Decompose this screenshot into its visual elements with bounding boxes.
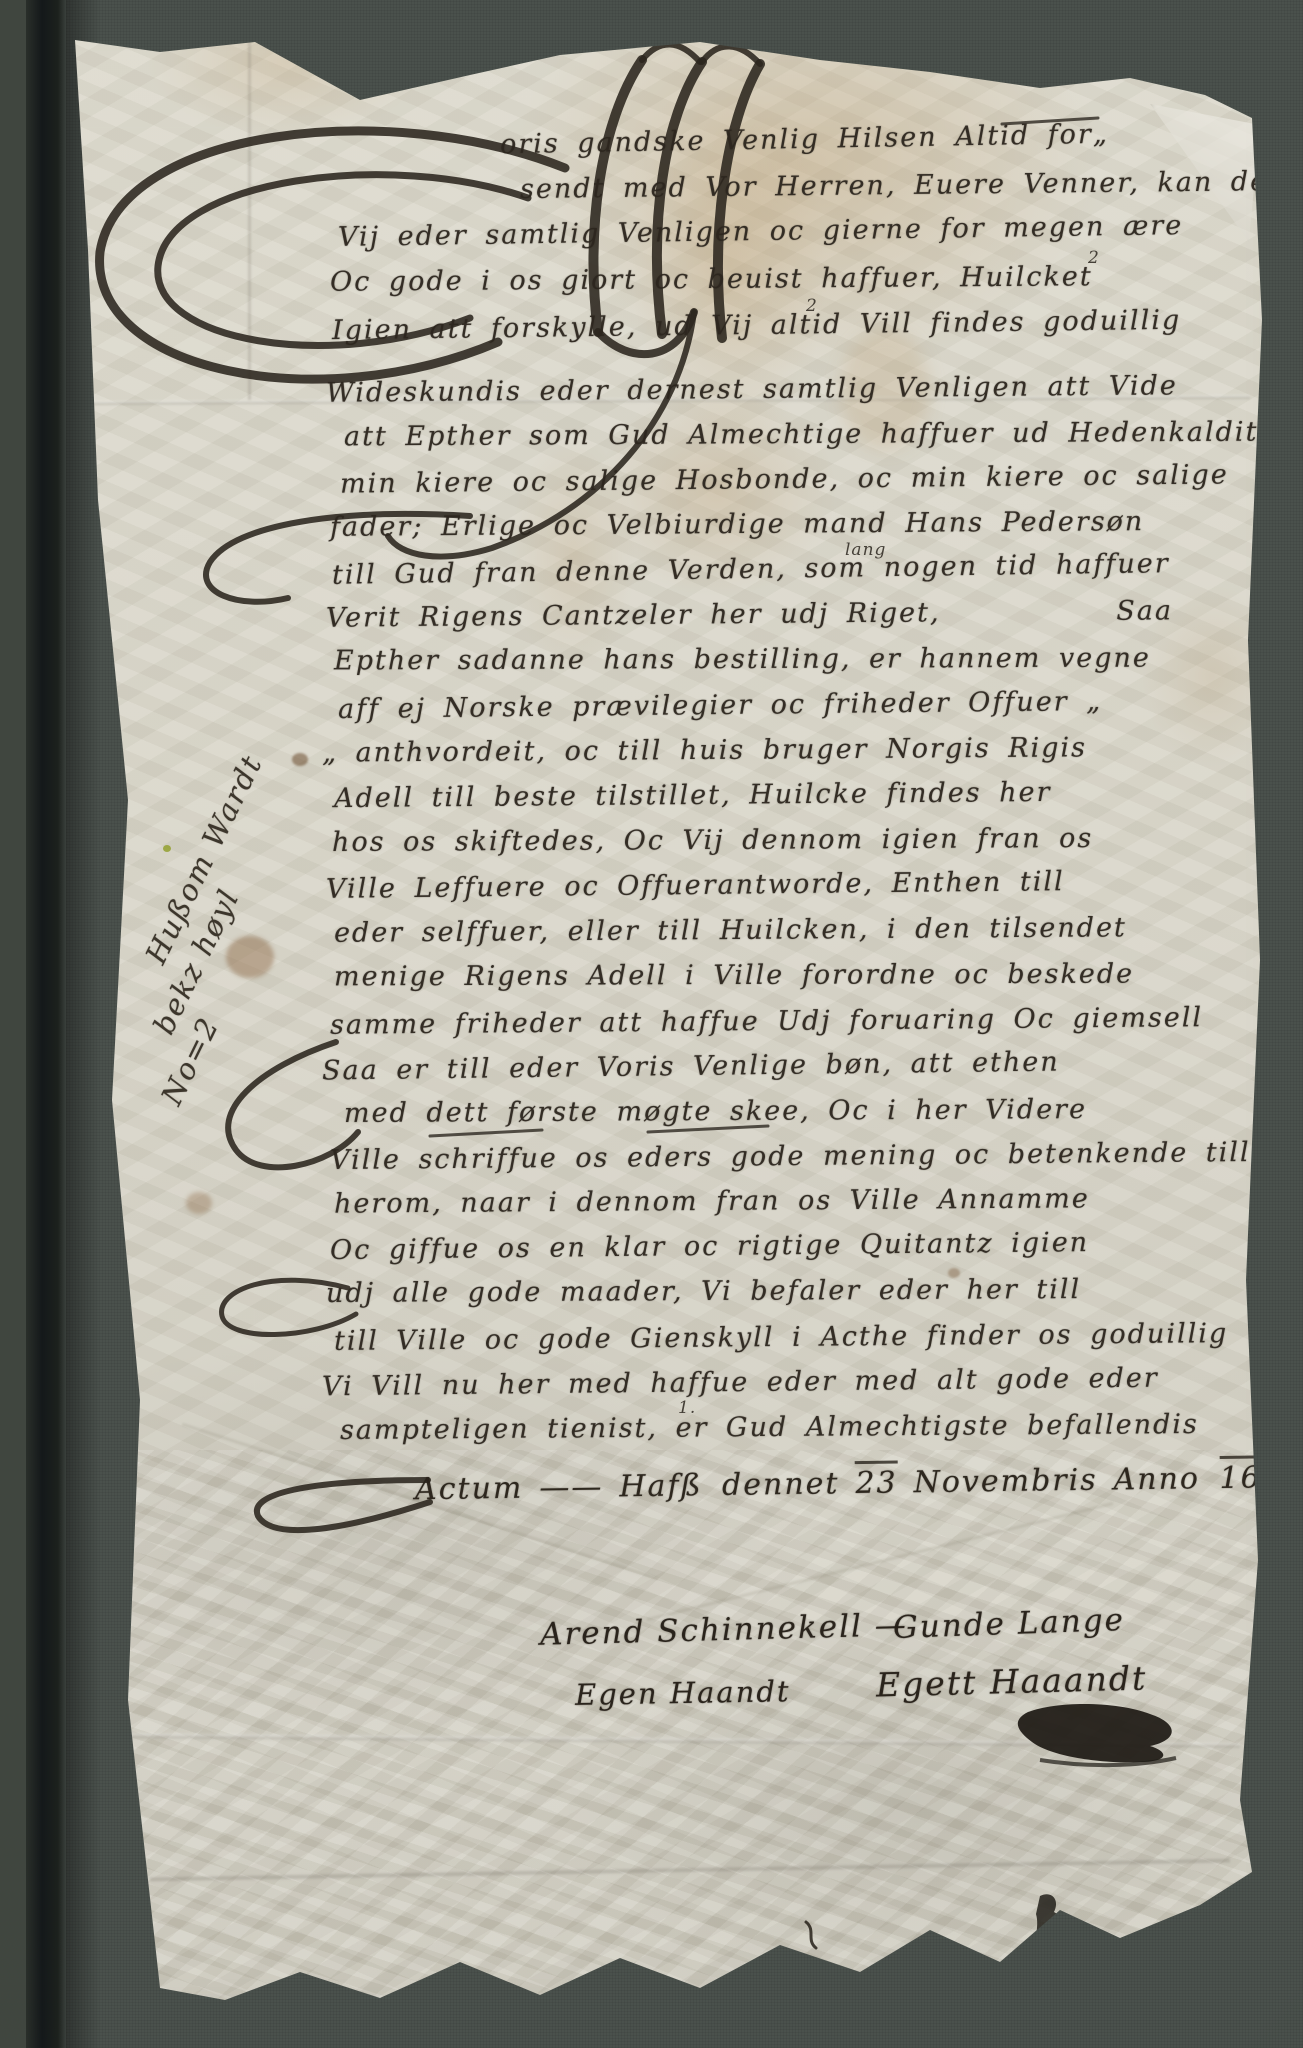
- dateline-month: Novembris: [913, 1463, 1097, 1501]
- stain: [948, 1268, 960, 1278]
- handwritten-line: Epther sadanne hans bestilling, er hanne…: [334, 643, 1151, 677]
- handwritten-line: att Epther som Gud Almechtige haffuer ud…: [344, 417, 1259, 453]
- marginal-annotation-number: No=2: [154, 1011, 226, 1110]
- marginal-annotation-line: Hußom Wardt: [139, 749, 270, 969]
- marginal-annotation: Hußom Wardt bekz høyl No=2: [86, 685, 270, 1062]
- handwritten-line: Oc gode i os giort oc beuist haffuer, Hu…: [330, 261, 1093, 297]
- fold-crease: [120, 1733, 1240, 1748]
- handwritten-line: herom, naar i dennom fran os Ville Annam…: [334, 1183, 1090, 1219]
- handwritten-line: Adell till beste tilstillet, Huilcke fin…: [334, 777, 1052, 814]
- stain: [292, 753, 308, 766]
- stain: [226, 936, 274, 978]
- handwritten-line: Ville Leffuere oc Offuerantworde, Enthen…: [326, 866, 1065, 905]
- paper-texture: [0, 0, 1303, 2048]
- dateline: Actum——Hafß dennet23NovembrisAnno 1602: [415, 1460, 1303, 1507]
- handwritten-line: udj alle gode maader, Vi befaler eder he…: [326, 1274, 1081, 1309]
- folded-corner: [1148, 92, 1260, 242]
- fold-crease: [248, 40, 251, 400]
- dateline-year: 1602: [1219, 1455, 1303, 1496]
- handwritten-line: Oc giffue os en klar oc rigtige Quitantz…: [330, 1227, 1089, 1266]
- ink-blot: [1018, 1704, 1172, 1762]
- signature-hand: Egen Haandt: [575, 1674, 791, 1712]
- fold-crease: [647, 1502, 1113, 1621]
- handwritten-line: till Ville oc gode Gienskyll i Acthe fin…: [334, 1318, 1228, 1357]
- crumple-texture: [0, 1450, 1303, 2048]
- fold-crease: [182, 1423, 658, 1580]
- signature-name: Arend Schinnekell —: [540, 1607, 909, 1653]
- stain: [186, 1192, 212, 1214]
- signature-hand: Egett Haaandt: [876, 1658, 1148, 1704]
- dateline-actum: Actum: [415, 1471, 524, 1508]
- stain: [840, 330, 930, 450]
- handwritten-line: Ville schriffue os eders gode mening oc …: [330, 1137, 1251, 1176]
- handwritten-line: eder selffuer, eller till Huilcken, i de…: [334, 912, 1127, 949]
- fold-crease: [80, 395, 1250, 405]
- calligraphic-initial-flourishes: [0, 0, 1303, 2048]
- stain: [163, 845, 171, 852]
- manuscript-page: oris gandske Venlig Hilsen Altid for„ se…: [0, 0, 1303, 2048]
- marginal-annotation-line: bekz høyl: [146, 883, 246, 1040]
- photo-background: oris gandske Venlig Hilsen Altid for„ se…: [0, 0, 1303, 2048]
- fold-crease: [150, 1859, 1230, 1882]
- ink-blot: [1036, 1894, 1061, 1953]
- handwritten-line: min kiere oc salige Hosbonde, oc min kie…: [340, 459, 1229, 499]
- handwritten-line: med dett første møgte skee, Oc i her Vid…: [344, 1094, 1087, 1129]
- handwritten-line: aff ej Norske prævilegier oc friheder Of…: [338, 686, 1102, 725]
- superscript-word: lang: [845, 540, 886, 560]
- handwritten-line: samme friheder att haffue Udj foruaring …: [330, 1002, 1203, 1041]
- handwritten-line: hos os skiftedes, Oc Vij dennom igien fr…: [332, 823, 1093, 858]
- handwritten-line: Vij eder samtlig Venligen oc gierne for …: [338, 210, 1184, 253]
- signature-name: Gunde Lange: [892, 1602, 1125, 1646]
- handwritten-line: sendt med Vor Herren, Euere Venner, kan …: [520, 166, 1283, 205]
- book-binding-spine: [26, 0, 66, 2048]
- dateline-anno: Anno: [1113, 1461, 1200, 1497]
- superscript-mark: 2: [1088, 248, 1100, 268]
- book-cover-edge: [0, 0, 28, 2048]
- superscript-mark: 2: [806, 296, 818, 316]
- dateline-day: 23: [855, 1460, 898, 1501]
- handwritten-line: sampteligen tienist, er Gud Almechtigste…: [340, 1409, 1199, 1446]
- handwritten-line: till Gud fran denne Verden, som nogen ti…: [332, 548, 1170, 591]
- handwritten-line: „ anthvordeit, oc till huis bruger Norgi…: [322, 732, 1087, 768]
- handwritten-line: Vi Vill nu her med haffue eder med alt g…: [322, 1363, 1159, 1403]
- dateline-place: Hafß dennet: [619, 1466, 840, 1504]
- handwritten-line: fader; Erlige oc Velbiurdige mand Hans P…: [330, 506, 1144, 543]
- handwritten-line: Saa er till eder Voris Venlige bøn, att …: [322, 1046, 1060, 1086]
- handwritten-line: oris gandske Venlig Hilsen Altid for„: [500, 119, 1109, 161]
- dateline-dash: ——: [539, 1470, 603, 1506]
- superscript-mark: 1.: [678, 1398, 696, 1418]
- handwritten-line: Verit Rigens Cantzeler her udj Riget, Sa…: [326, 595, 1173, 633]
- handwritten-line: menige Rigens Adell i Ville forordne oc …: [334, 959, 1134, 993]
- handwritten-line: Igien att forskylle, ud Vij altid Vill f…: [332, 305, 1182, 346]
- handwritten-line: Wideskundis eder dernest samtlig Venlige…: [326, 370, 1178, 408]
